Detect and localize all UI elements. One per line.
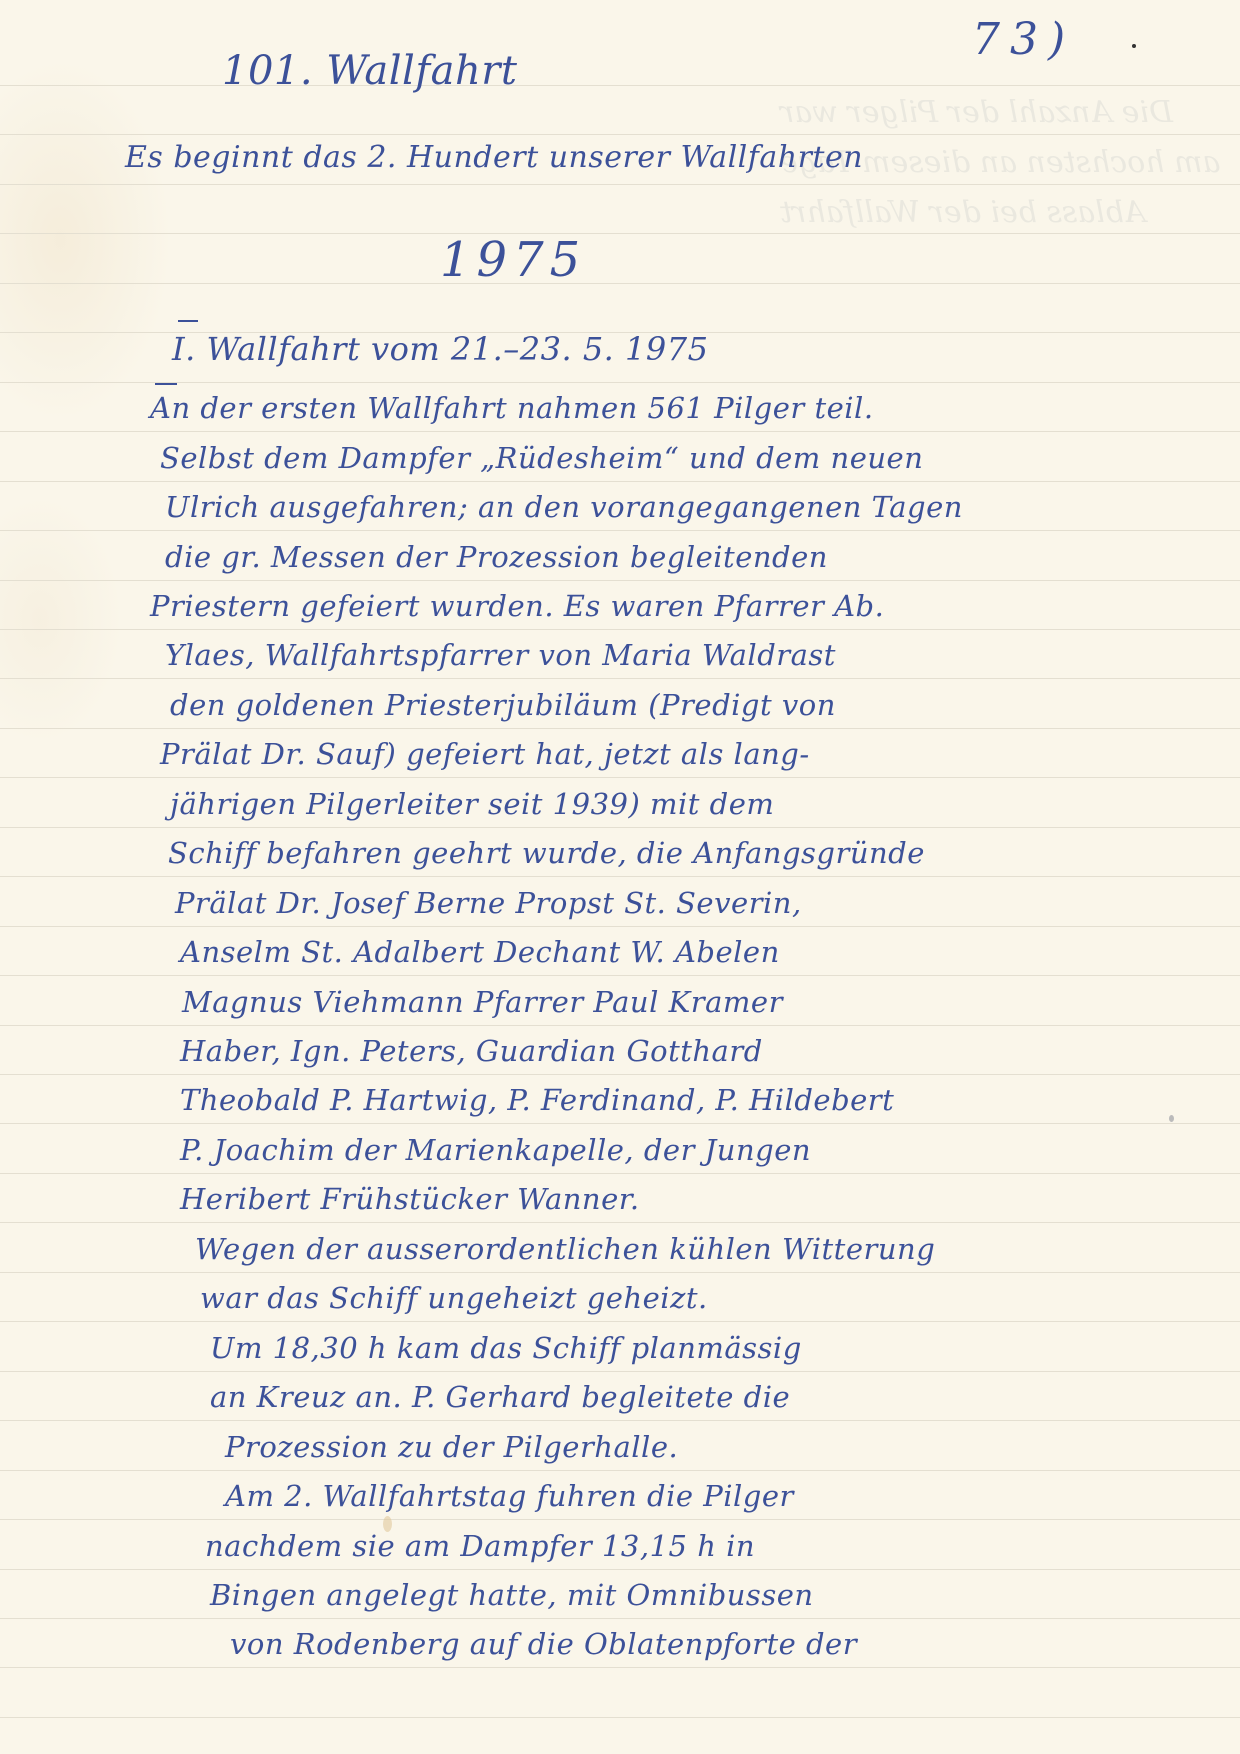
diary-line: die gr. Messen der Prozession begleitend… xyxy=(165,540,828,574)
diary-line: Heribert Frühstücker Wanner. xyxy=(180,1182,640,1216)
heading-underline-top xyxy=(178,320,198,322)
ruled-line xyxy=(0,678,1240,679)
diary-line: jährigen Pilgerleiter seit 1939) mit dem xyxy=(170,787,774,821)
year-heading: 1975 xyxy=(440,232,586,288)
diary-line: Anselm St. Adalbert Dechant W. Abelen xyxy=(180,935,780,969)
diary-line: An der ersten Wallfahrt nahmen 561 Pilge… xyxy=(150,391,874,425)
ink-dot xyxy=(1132,44,1136,48)
ruled-line xyxy=(0,1420,1240,1421)
diary-line: Schiff befahren geehrt wurde, die Anfang… xyxy=(168,836,925,870)
ruled-line xyxy=(0,1321,1240,1322)
diary-line: war das Schiff ungeheizt geheizt. xyxy=(200,1281,708,1315)
bleed-through-text: Ablass bei der Wallfahrt xyxy=(780,195,1146,230)
ruled-line xyxy=(0,85,1240,86)
page-subtitle: Es beginnt das 2. Hundert unserer Wallfa… xyxy=(125,140,863,175)
ruled-line xyxy=(0,827,1240,828)
diary-line: an Kreuz an. P. Gerhard begleitete die xyxy=(210,1380,790,1414)
diary-line: Magnus Viehmann Pfarrer Paul Kramer xyxy=(182,985,783,1019)
ruled-line xyxy=(0,1470,1240,1471)
heading-underline-bottom xyxy=(155,383,177,385)
ruled-line xyxy=(0,184,1240,185)
ruled-line xyxy=(0,1123,1240,1124)
ruled-line xyxy=(0,1025,1240,1026)
ruled-line xyxy=(0,876,1240,877)
ruled-line xyxy=(0,1371,1240,1372)
diary-line: Wegen der ausserordentlichen kühlen Witt… xyxy=(195,1232,935,1266)
ruled-line xyxy=(0,926,1240,927)
ruled-line xyxy=(0,1667,1240,1668)
ruled-line xyxy=(0,1717,1240,1718)
diary-line: Haber, Ign. Peters, Guardian Gotthard xyxy=(180,1034,763,1068)
section-heading: I. Wallfahrt vom 21.–23. 5. 1975 xyxy=(172,330,708,368)
diary-line: Selbst dem Dampfer „Rüdesheim“ und dem n… xyxy=(160,441,923,475)
ruled-line xyxy=(0,580,1240,581)
diary-line: Prälat Dr. Sauf) gefeiert hat, jetzt als… xyxy=(160,737,810,771)
ruled-line xyxy=(0,481,1240,482)
diary-line: P. Joachim der Marienkapelle, der Jungen xyxy=(180,1133,811,1167)
diary-line: den goldenen Priesterjubiläum (Predigt v… xyxy=(170,688,836,722)
diary-line: von Rodenberg auf die Oblatenpforte der xyxy=(230,1627,857,1661)
diary-line: Prozession zu der Pilgerhalle. xyxy=(225,1430,678,1464)
notebook-page: Die Anzahl der Pilger war am hochsten an… xyxy=(0,0,1240,1754)
ruled-line xyxy=(0,1618,1240,1619)
ruled-line xyxy=(0,233,1240,234)
ruled-line xyxy=(0,134,1240,135)
ruled-line xyxy=(0,1569,1240,1570)
ruled-line xyxy=(0,728,1240,729)
diary-line: Ulrich ausgefahren; an den vorangegangen… xyxy=(165,490,963,524)
ruled-line xyxy=(0,1173,1240,1174)
diary-line: Bingen angelegt hatte, mit Omnibussen xyxy=(210,1578,814,1612)
diary-line: Ylaes, Wallfahrtspfarrer von Maria Waldr… xyxy=(165,638,836,672)
diary-line: Prälat Dr. Josef Berne Propst St. Severi… xyxy=(175,886,802,920)
ruled-line xyxy=(0,1222,1240,1223)
diary-line: Um 18,30 h kam das Schiff planmässig xyxy=(210,1331,802,1365)
ruled-line xyxy=(0,1272,1240,1273)
ruled-line xyxy=(0,530,1240,531)
diary-line: Theobald P. Hartwig, P. Ferdinand, P. Hi… xyxy=(180,1083,894,1117)
ruled-line xyxy=(0,1519,1240,1520)
bleed-through-text: Die Anzahl der Pilger war xyxy=(780,95,1173,130)
ruled-line xyxy=(0,431,1240,432)
ruled-line xyxy=(0,777,1240,778)
ruled-line xyxy=(0,1074,1240,1075)
ruled-line xyxy=(0,283,1240,284)
page-title: 101. Wallfahrt xyxy=(222,48,517,94)
ink-dot xyxy=(1169,1115,1174,1122)
ruled-line xyxy=(0,629,1240,630)
diary-line: Am 2. Wallfahrtstag fuhren die Pilger xyxy=(225,1479,794,1513)
ruled-line xyxy=(0,382,1240,383)
diary-line: Priestern gefeiert wurden. Es waren Pfar… xyxy=(150,589,884,623)
ruled-line xyxy=(0,975,1240,976)
page-number: 73) xyxy=(972,14,1075,65)
diary-line: nachdem sie am Dampfer 13,15 h in xyxy=(205,1529,755,1563)
